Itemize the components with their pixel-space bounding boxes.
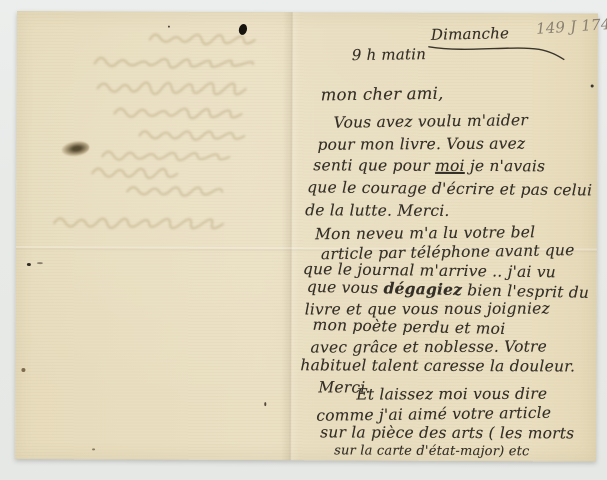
time-annotation: 9 h matin <box>352 45 426 64</box>
underlined-word: moi <box>435 157 465 175</box>
emphasized-word: dégagiez <box>383 278 462 299</box>
ink-speck <box>264 402 266 406</box>
ink-speck <box>168 26 170 28</box>
handwritten-line: sur la pièce des arts ( les morts <box>320 423 598 442</box>
letter-sheet: 149 J 174 Dimanche 9 h matin mon cher am… <box>15 11 598 462</box>
handwritten-line: pour mon livre. Vous avez <box>317 134 599 154</box>
handwritten-line: que vous dégagiez bien l'esprit du <box>307 278 599 302</box>
letter-body: Vous avez voulu m'aiderpour mon livre. V… <box>298 109 600 461</box>
handwritten-line: que le courage d'écrire et pas celui <box>307 178 599 199</box>
scan-background: { "scan": { "archive_reference": "149 J … <box>0 0 607 480</box>
handwritten-line: Mon neveu m'a lu votre bel <box>315 223 599 244</box>
line-segment: je n'avais <box>465 157 546 175</box>
line-segment: senti que pour <box>313 156 435 175</box>
salutation: mon cher ami, <box>321 84 444 105</box>
handwritten-line: Et laissez moi vous dire <box>356 384 598 403</box>
ink-speck <box>92 448 95 450</box>
handwritten-line: de la lutte. Merci. <box>305 201 599 220</box>
ink-speck <box>27 263 31 266</box>
handwritten-line: mon poète perdu et moi <box>312 316 598 340</box>
ink-speck <box>21 368 25 372</box>
handwritten-line: comme j'ai aimé votre article <box>316 403 598 425</box>
ink-speck <box>37 262 43 264</box>
line-segment: que vous <box>307 278 384 298</box>
ink-speck <box>591 85 594 88</box>
handwritten-line: Vous avez voulu m'aider <box>333 110 599 131</box>
handwritten-line: sur la carte d'état-major) etc <box>334 442 598 461</box>
handwritten-line: habituel talent caresse la douleur. <box>300 356 598 375</box>
handwritten-line: avec grâce et noblesse. Votre <box>311 337 599 356</box>
handwritten-line: senti que pour moi je n'avais <box>313 156 599 175</box>
date-underline-flourish <box>427 41 567 62</box>
archive-reference: 149 J 174 <box>535 15 607 38</box>
